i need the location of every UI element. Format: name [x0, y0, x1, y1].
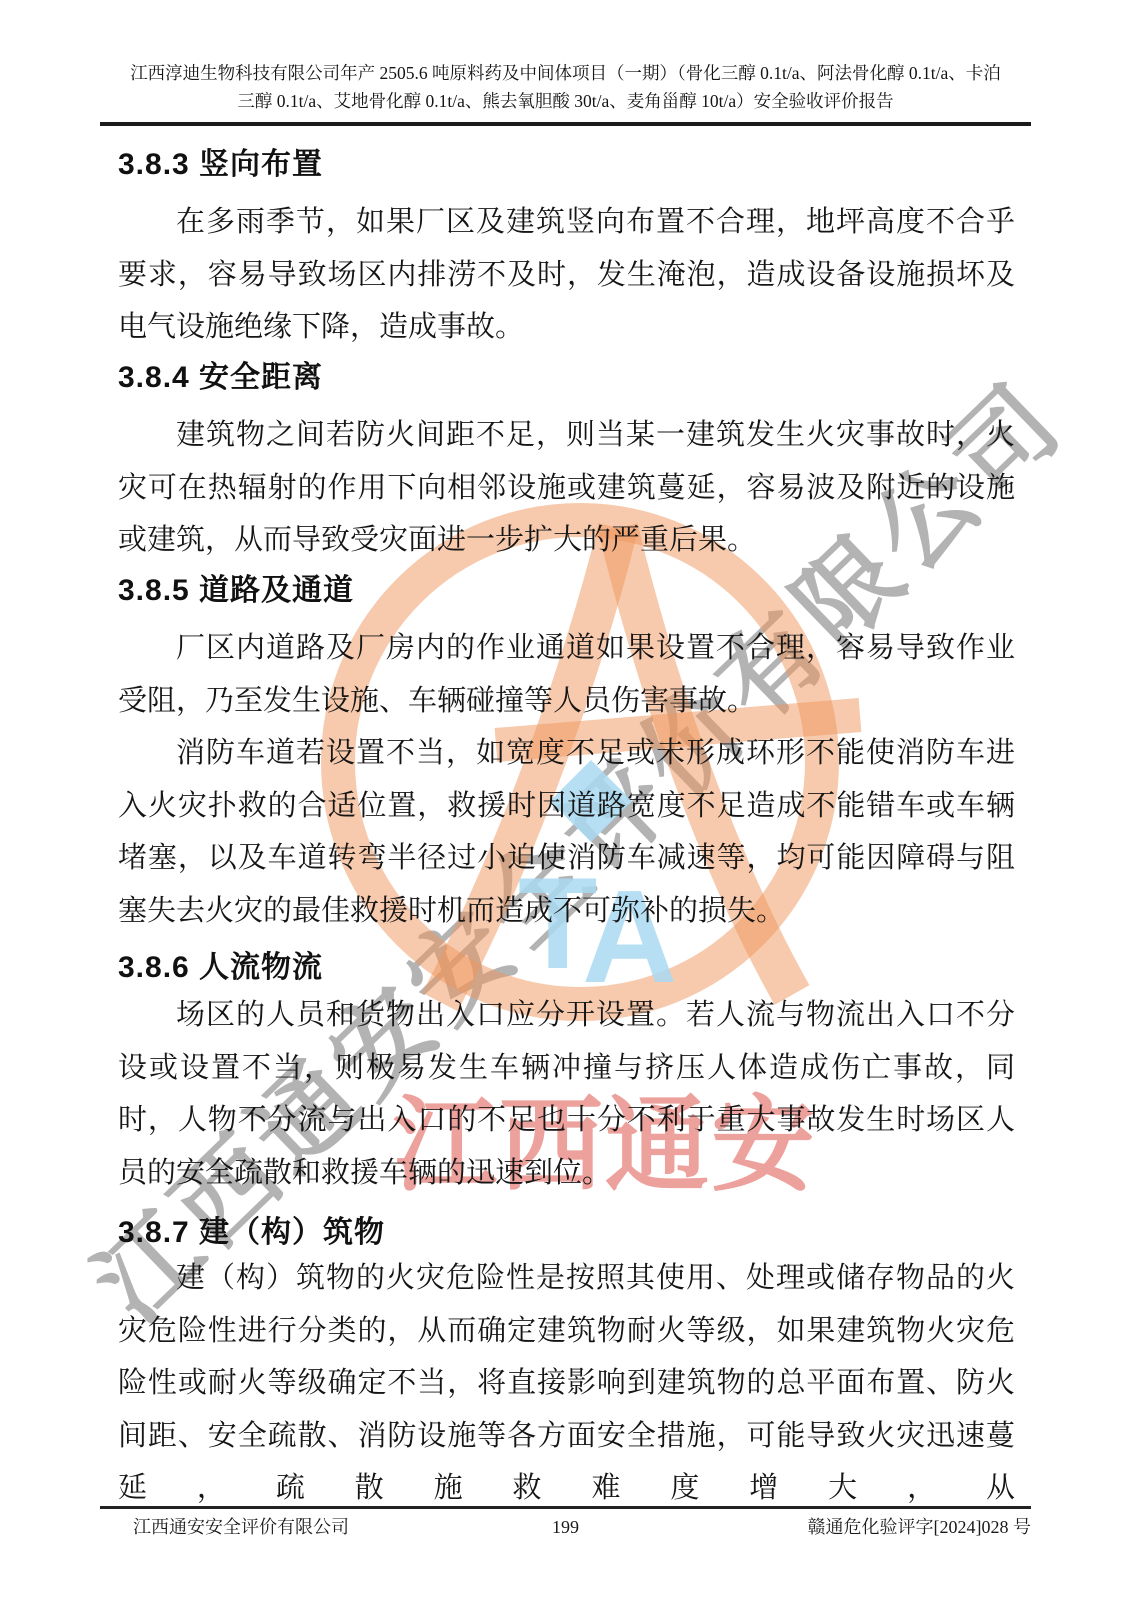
header-title-line-2: 三醇 0.1t/a、艾地骨化醇 0.1t/a、熊去氧胆酸 30t/a、麦角甾醇 …: [110, 88, 1021, 116]
section-heading-3-8-7: 3.8.7 建（构）筑物: [118, 1215, 1015, 1251]
paragraph: 建筑物之间若防火间距不足，则当某一建筑发生火灾事故时，火灾可在热辐射的作用下向相…: [118, 409, 1015, 567]
footer-company: 江西通安安全评价有限公司: [133, 1514, 349, 1540]
section-heading-3-8-4: 3.8.4 安全距离: [118, 360, 1015, 396]
paragraph: 厂区内道路及厂房内的作业通道如果设置不合理，容易导致作业受阻，乃至发生设施、车辆…: [118, 622, 1015, 727]
header-title-line-1: 江西淳迪生物科技有限公司年产 2505.6 吨原料药及中间体项目（一期）（骨化三…: [110, 60, 1021, 88]
header-rule: [100, 122, 1031, 126]
section-heading-3-8-6: 3.8.6 人流物流: [118, 950, 1015, 986]
paragraph: 场区的人员和货物出入口应分开设置。若人流与物流出入口不分设或设置不当，则极易发生…: [118, 989, 1015, 1199]
paragraph: 消防车道若设置不当，如宽度不足或未形成环形不能使消防车进入火灾扑救的合适位置，救…: [118, 727, 1015, 937]
footer-document-number: 赣通危化验评字[2024]028 号: [808, 1514, 1032, 1540]
section-heading-3-8-5: 3.8.5 道路及通道: [118, 573, 1015, 609]
page-header: 江西淳迪生物科技有限公司年产 2505.6 吨原料药及中间体项目（一期）（骨化三…: [110, 60, 1021, 115]
footer-rule: [100, 1506, 1031, 1509]
section-heading-3-8-3: 3.8.3 竖向布置: [118, 147, 1015, 183]
paragraph: 建（构）筑物的火灾危险性是按照其使用、处理或储存物品的火灾危险性进行分类的，从而…: [118, 1252, 1015, 1515]
document-page: 江西通安安全评价有限公司 T A 江西通安 江西淳迪生物科技有限公司年产 250…: [0, 0, 1131, 1600]
page-content: 江西淳迪生物科技有限公司年产 2505.6 吨原料药及中间体项目（一期）（骨化三…: [0, 0, 1131, 1600]
paragraph: 在多雨季节，如果厂区及建筑竖向布置不合理，地坪高度不合乎要求，容易导致场区内排涝…: [118, 196, 1015, 354]
